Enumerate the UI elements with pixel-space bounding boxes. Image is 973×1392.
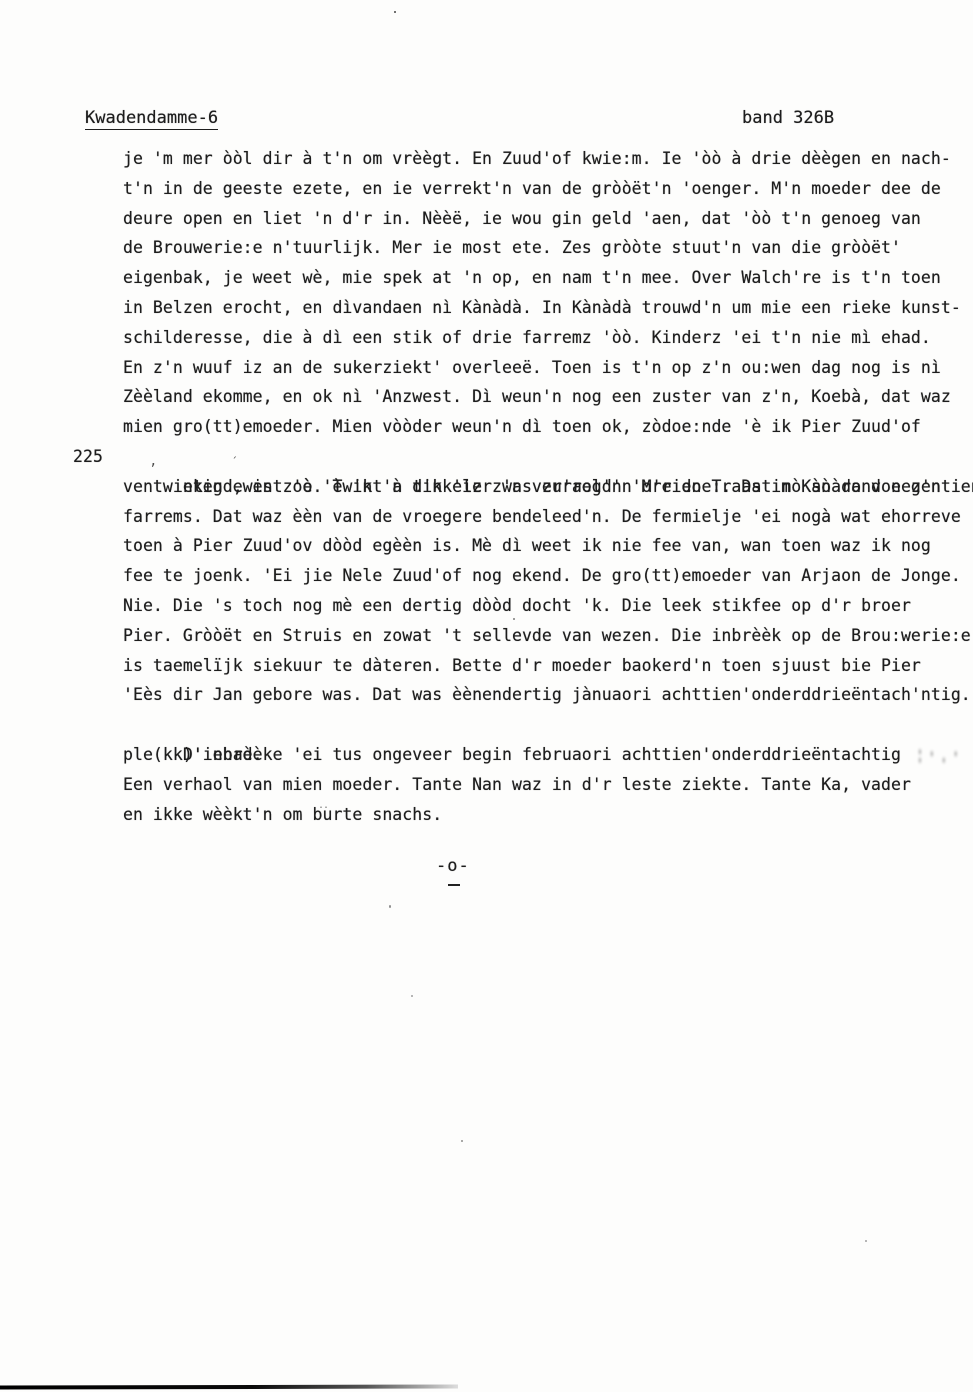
margin-line-number: 225 <box>73 442 103 472</box>
text-line: ple(kk)' ehad. <box>123 740 968 770</box>
text-line: Zèèland ekomme, en ok nì 'Anzwest. Dì we… <box>123 382 968 412</box>
scan-speck <box>411 995 413 997</box>
text-line: t'n in de geeste ezete, en ie verrekt'n … <box>123 174 968 204</box>
text-line: schilderesse, die à dì een stik of drie … <box>123 323 968 353</box>
page-title: Kwadendamme-6 <box>85 108 218 130</box>
scan-speck <box>461 1140 463 1142</box>
text-line: Een verhaol van mien moeder. Tante Nan w… <box>123 770 968 800</box>
text-line: farrems. Dat waz èèn van de vroegere ben… <box>123 502 968 532</box>
text-line: toen à Pier Zuud'ov dòòd egèèn is. Mè dì… <box>123 531 968 561</box>
end-separator-underline <box>448 884 460 886</box>
text-line: is taemelïjk siekuur te dàteren. Bette d… <box>123 651 968 681</box>
pen-mark: ´ <box>231 455 238 468</box>
text-line: de Brouwerie:e n'tuurlijk. Mer ie most e… <box>123 233 968 263</box>
text-line: je 'm mer òòl dir à t'n om vrèègt. En Zu… <box>123 144 968 174</box>
transcript-text: je 'm mer òòl dir à t'n om vrèègt. En Zu… <box>123 144 968 829</box>
scan-edge-artifact <box>0 1385 458 1390</box>
scan-speck <box>389 905 391 908</box>
text-line: deure open en liet 'n d'r in. Nèèë, ie w… <box>123 204 968 234</box>
text-line: mien gro(tt)emoeder. Mien vòòder weun'n … <box>123 412 968 442</box>
text-line: 'Eès dir Jan gebore was. Dat was èènende… <box>123 680 968 710</box>
band-label: band 326B <box>742 108 834 128</box>
document-page: Kwadendamme-6 band 326B je 'm mer òòl di… <box>0 0 973 1392</box>
text-line: en ikke wèèkt'n om burte snachs. <box>123 800 968 830</box>
text-line: ventwintig ewist 'è. Twint à t'n 'ier wa… <box>123 472 968 502</box>
scan-speck <box>394 11 396 13</box>
pen-mark: .. <box>318 800 328 811</box>
text-line: En z'n wuuf iz an de sukerziekt' overlee… <box>123 353 968 383</box>
scan-speck <box>865 1240 867 1242</box>
text-line: Pier. Gròòët en Struis en zowat 't selle… <box>123 621 968 651</box>
scan-speck <box>513 618 515 620</box>
text-line-with-smudge: D'inbrèèke 'ei tus ongeveer begin februa… <box>123 710 968 740</box>
end-separator: -o- <box>436 856 470 876</box>
pen-mark: ’ <box>149 462 157 477</box>
text-line-with-number: 225ekend, en zoò 'è 'k 'n dikkelz z'n ve… <box>123 442 968 472</box>
text-line: fee te joenk. 'Ei jie Nele Zuud'of nog e… <box>123 561 968 591</box>
text-line: Nie. Die 's toch nog mè een dertig dòòd … <box>123 591 968 621</box>
text-line: in Belzen erocht, en dìvandaen nì Kànàdà… <box>123 293 968 323</box>
text-line: eigenbak, je weet wè, mie spek at 'n op,… <box>123 263 968 293</box>
